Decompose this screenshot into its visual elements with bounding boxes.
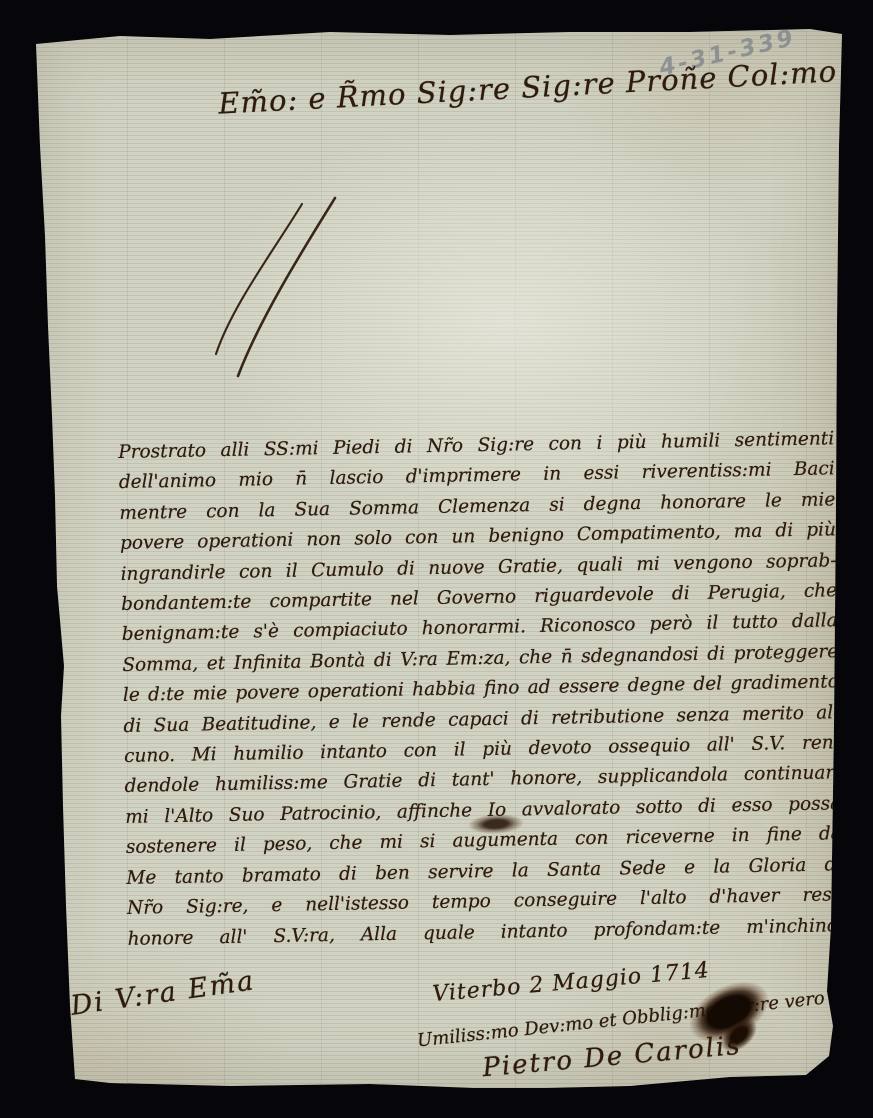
- letter-body: Prostrato alli SS:mi Piedi di Nr̃o Sig:r…: [118, 424, 844, 955]
- dateline: Viterbo 2 Maggio 1714: [431, 958, 710, 1007]
- scan-viewport: { "colors": { "background": "#05050a", "…: [0, 0, 873, 1118]
- salutation-line: Em̃o: e R̃mo Sig:re Sig:re Proñe Col:mo: [217, 57, 778, 120]
- pen-stroke-marks: [198, 186, 378, 406]
- manuscript-page: 4-31-339 Em̃o: e R̃mo Sig:re Sig:re Proñ…: [30, 26, 846, 1088]
- closing-left: Di V:ra Em̃a: [69, 965, 257, 1022]
